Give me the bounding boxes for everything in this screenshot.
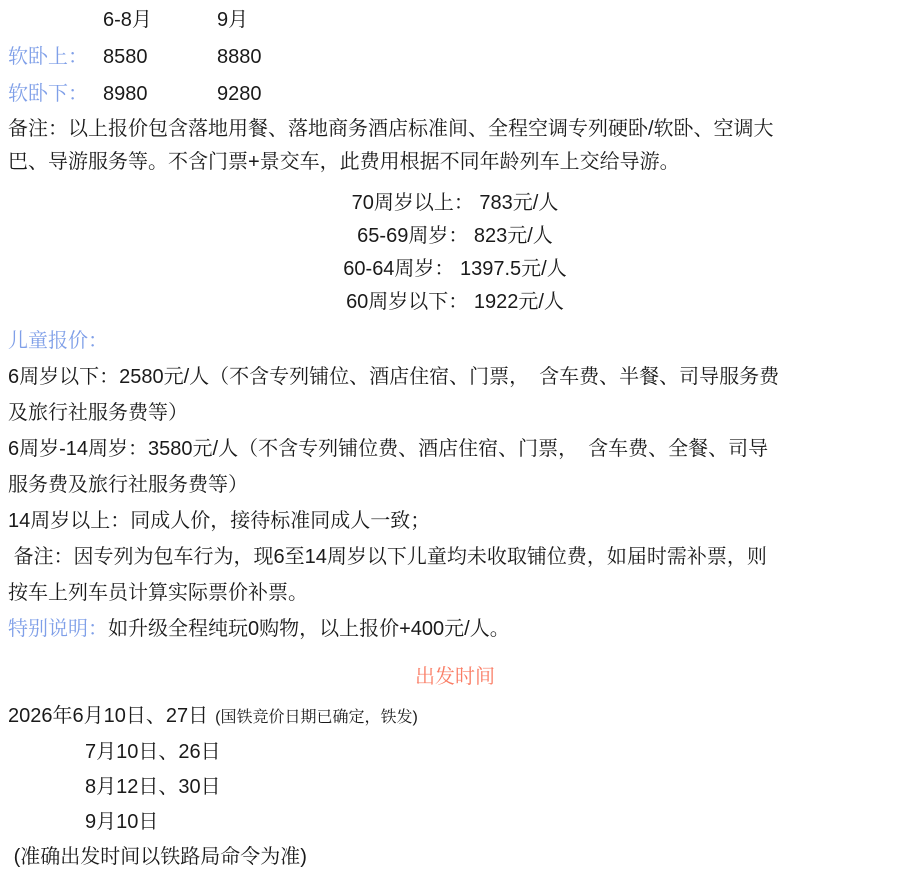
price-table-corner [8,2,103,39]
price-soft-lower-jun-aug: 8980 [103,76,217,113]
child-note-line-2: 按车上列车员计算实际票价补票。 [8,575,902,611]
special-note-line: 特别说明：如升级全程纯玩0购物，以上报价+400元/人。 [8,611,902,647]
senior-fee-block: 70周岁以上： 783元/人 65-69周岁： 823元/人 60-64周岁： … [8,187,902,319]
senior-fee-65-69: 65-69周岁： 823元/人 [8,220,902,253]
price-row-soft-sleeper-lower: 软卧下： 8980 9280 [8,76,902,113]
departure-date-line-1: 2026年6月10日、27日(国铁竞价日期已确定，铁发) [8,699,902,735]
senior-fee-over-70: 70周岁以上： 783元/人 [8,187,902,220]
child-under6-line-2: 及旅行社服务费等） [8,395,902,431]
senior-fee-under-60: 60周岁以下： 1922元/人 [8,286,902,319]
child-6to14-line-1: 6周岁-14周岁：3580元/人（不含专列铺位费、酒店住宿、门票， 含车费、全餐… [8,431,902,467]
special-note-text: 如升级全程纯玩0购物，以上报价+400元/人。 [108,618,510,640]
price-table-col-sep: 9月 [217,2,248,39]
departure-date-line-4: 9月10日 [8,805,902,840]
price-table-col-jun-aug: 6-8月 [103,2,217,39]
row-label-soft-sleeper-upper: 软卧上： [8,39,103,76]
child-note-line-1: 备注：因专列为包车行为，现6至14周岁以下儿童均未收取铺位费，如届时需补票，则 [8,539,902,575]
booking-note-line-1: 备注：以上报价包含落地用餐、落地商务酒店标准间、全程空调专列硬卧/软卧、空调大 [8,113,902,146]
departure-date-line-3: 8月12日、30日 [8,770,902,805]
departure-date-line-2: 7月10日、26日 [8,735,902,770]
special-note-label: 特别说明： [8,618,108,640]
price-soft-upper-sep: 8880 [217,39,262,76]
tour-price-document: 6-8月 9月 软卧上： 8580 8880 软卧下： 8980 9280 备注… [0,0,910,879]
departure-disclaimer: (准确出发时间以铁路局命令为准) [8,840,902,875]
child-over14-line: 14周岁以上：同成人价，接待标准同成人一致； [8,503,902,539]
child-pricing-section: 儿童报价： 6周岁以下：2580元/人（不含专列铺位、酒店住宿、门票， 含车费、… [8,323,902,647]
price-soft-lower-sep: 9280 [217,76,262,113]
senior-fee-60-64: 60-64周岁： 1397.5元/人 [8,253,902,286]
child-under6-line-1: 6周岁以下：2580元/人（不含专列铺位、酒店住宿、门票， 含车费、半餐、司导服… [8,359,902,395]
booking-note-line-2: 巴、导游服务等。不含门票+景交车，此费用根据不同年龄列车上交给导游。 [8,146,902,179]
price-row-soft-sleeper-upper: 软卧上： 8580 8880 [8,39,902,76]
departure-heading: 出发时间 [8,659,902,695]
row-label-soft-sleeper-lower: 软卧下： [8,76,103,113]
child-pricing-title: 儿童报价： [8,323,902,359]
departure-first-date: 2026年6月10日、27日 [8,705,208,727]
departure-first-date-note: (国铁竞价日期已确定，铁发) [215,709,418,726]
price-table-header-row: 6-8月 9月 [8,2,902,39]
price-soft-upper-jun-aug: 8580 [103,39,217,76]
child-6to14-line-2: 服务费及旅行社服务费等） [8,467,902,503]
